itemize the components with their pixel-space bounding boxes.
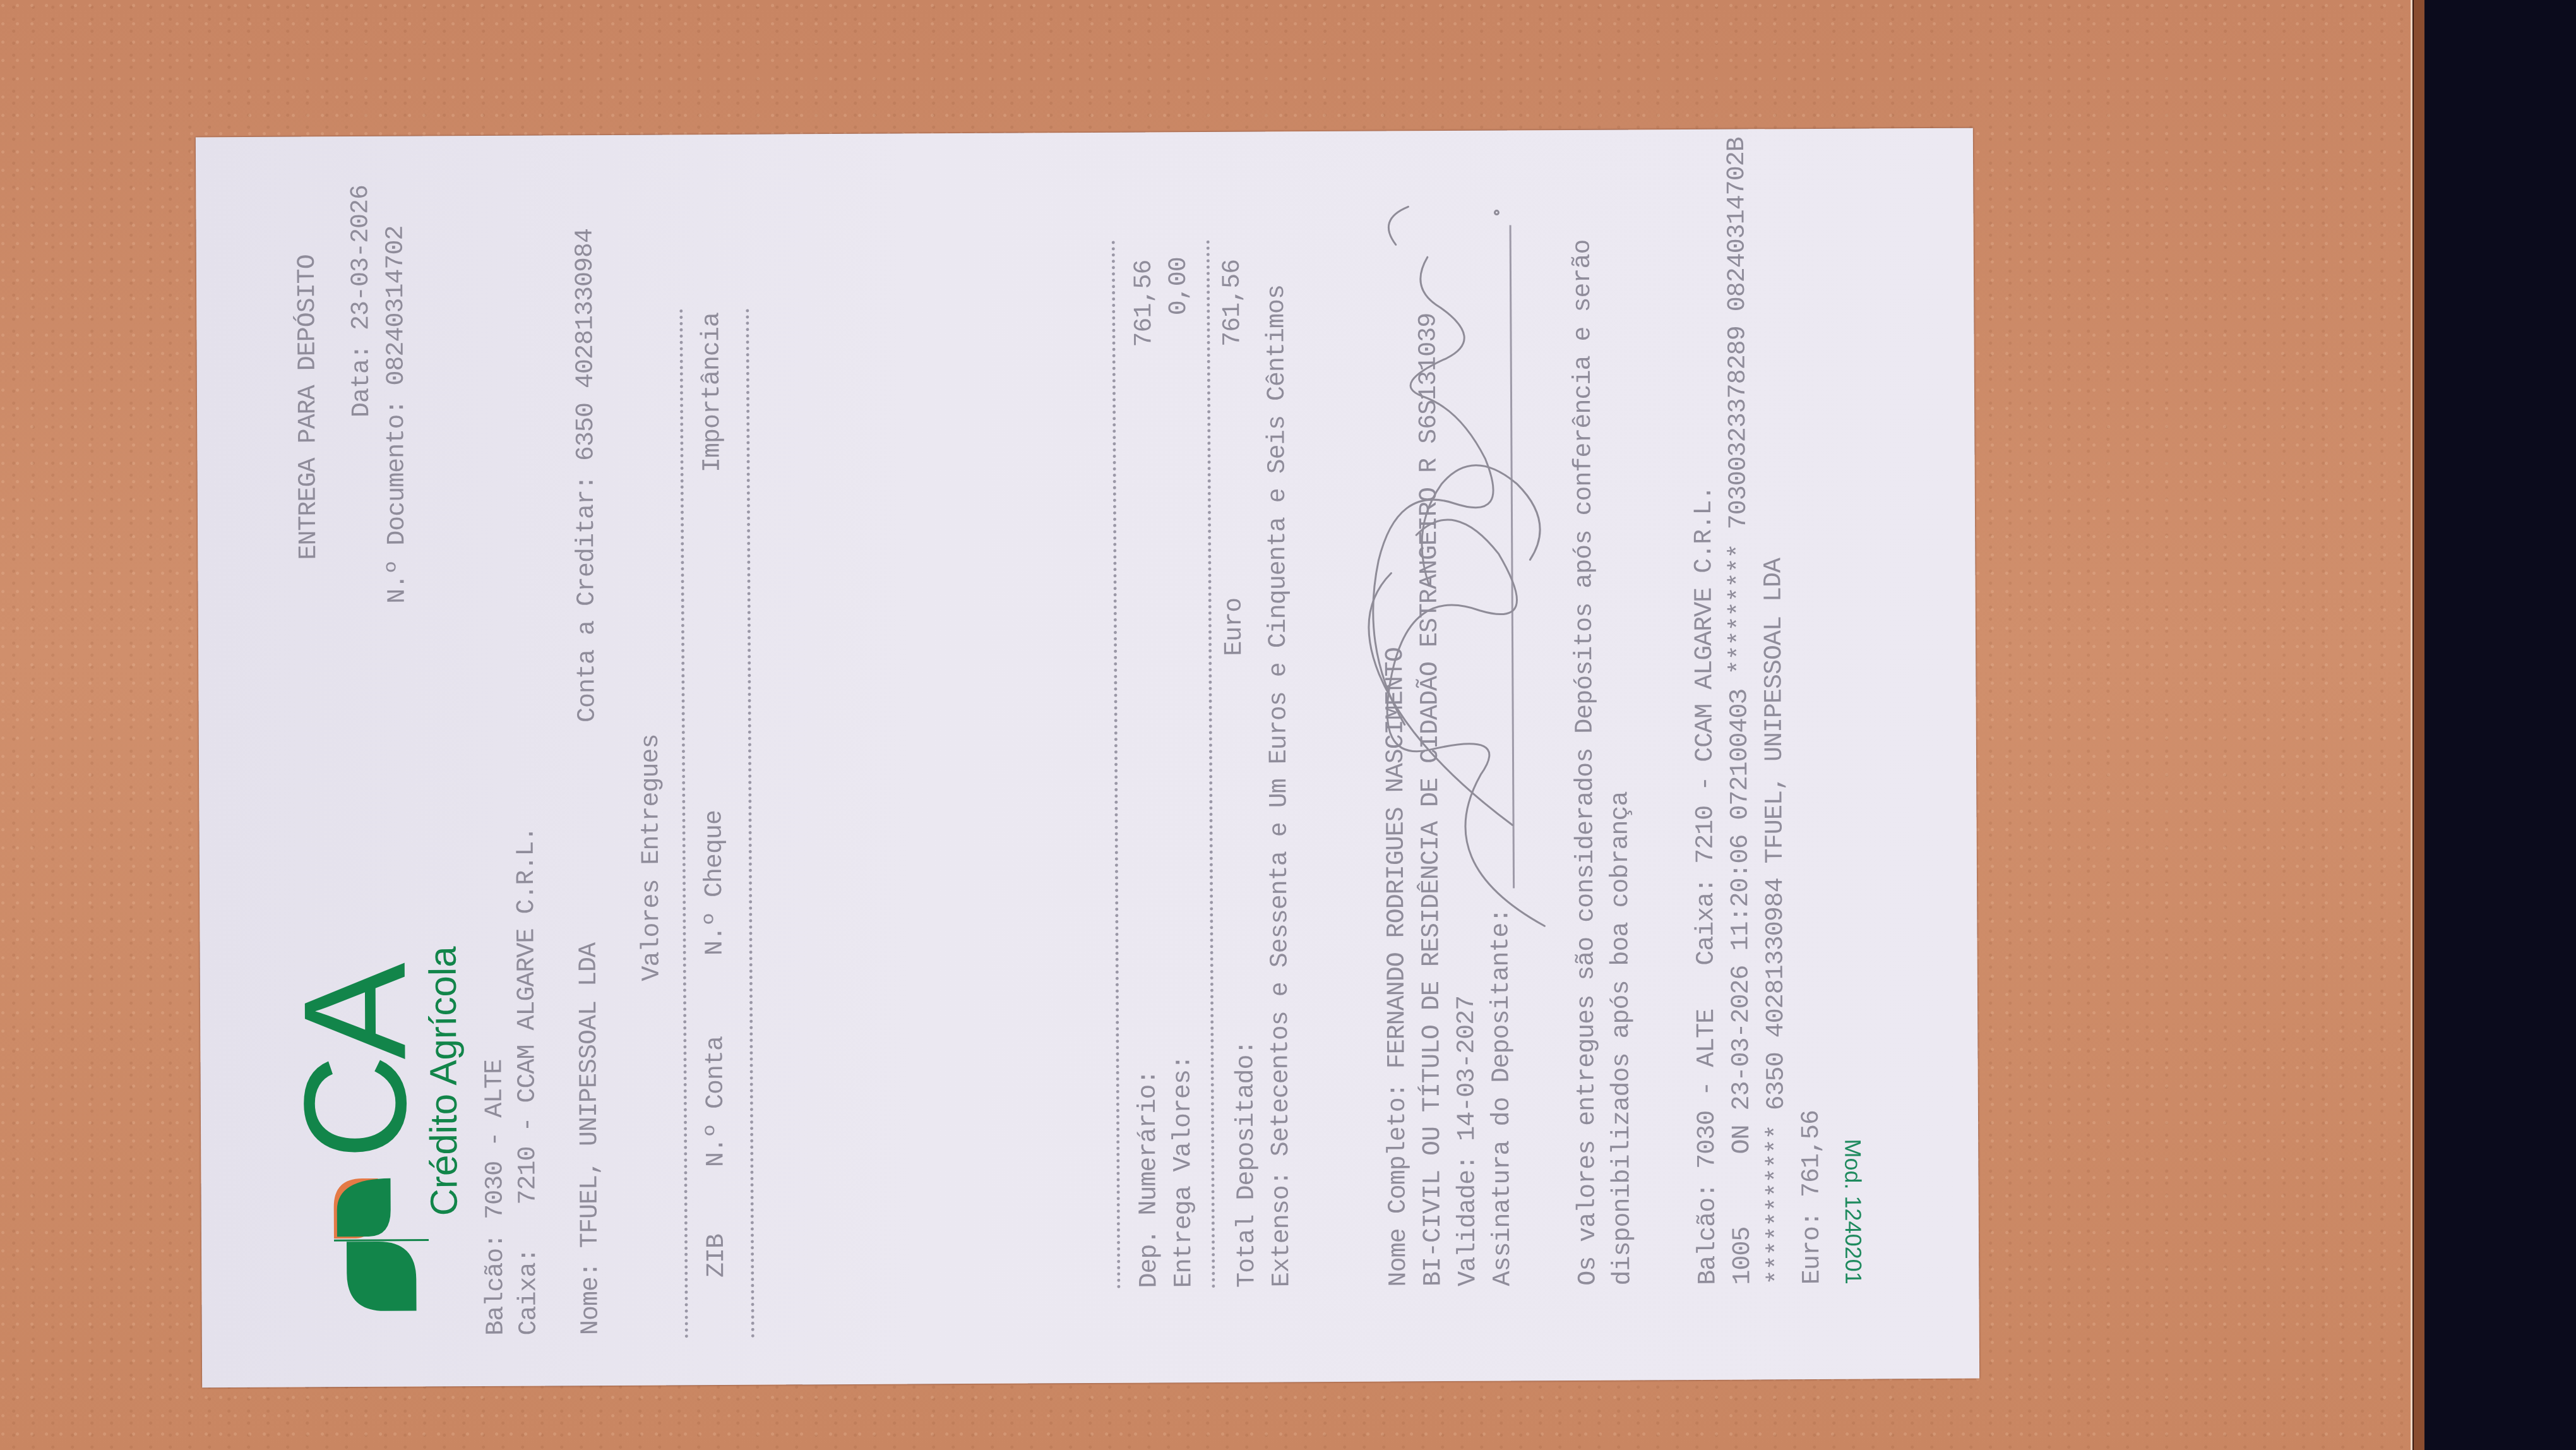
balcao-value: 7030 - ALTE (480, 1060, 510, 1219)
table-bottom-divider (746, 308, 754, 1338)
column-importancia: Importância (695, 313, 730, 472)
footer-line-3: *********** 6350 40281330984 TFUEL, UNIP… (1757, 558, 1795, 1285)
notice-line-1: Os valores entregues são considerados De… (1566, 239, 1606, 1286)
notice-line-2: disponibilizados após boa cobrança (1604, 791, 1640, 1285)
nome-row: Nome: TFUEL, UNIPESSOAL LDA (573, 943, 609, 1335)
column-conta: N.º Conta (699, 1036, 734, 1167)
total-depositado-value: 761,56 (1216, 260, 1251, 347)
document-number-value: 08240314702 (382, 225, 411, 385)
credito-agricola-logo: CA Crédito Agrícola (294, 875, 436, 1317)
assinatura-label: Assinatura do Depositante: (1484, 908, 1520, 1286)
conta-creditar-value: 6350 40281330984 (571, 229, 601, 461)
date-row: Data: 23-03-2026 (344, 185, 379, 417)
extenso-value: Setecentos e Sessenta e Um Euros e Cinqu… (1263, 285, 1296, 1156)
footer-line-2: 1005 ON 23-03-2026 11:20:06 07210040З **… (1720, 137, 1761, 1285)
caixa-label: Caixa: (515, 1248, 544, 1335)
totals-bottom-divider (1207, 239, 1215, 1288)
balcao-label: Balcão: (482, 1234, 511, 1336)
extenso-row: Extenso: Setecentos e Sessenta e Um Euro… (1260, 285, 1299, 1288)
column-cheque: N.º Cheque (698, 810, 732, 956)
logo-text: CA (282, 968, 429, 1160)
caixa-row: Caixa: 7210 - CCAM ALGARVE C.R.L. (510, 827, 547, 1335)
footer-line-4: Euro: 761,56 (1795, 1110, 1830, 1285)
conta-creditar-row: Conta a Creditar: 6350 40281330984 (569, 229, 605, 722)
table-top-divider (679, 308, 688, 1338)
document-number-label: N.º Documento: (383, 400, 412, 604)
total-depositado-label: Total Depositado: (1229, 1040, 1265, 1287)
validade-row: Validade: 14-03-2027 (1450, 996, 1486, 1286)
nome-value: TFUEL, UNIPESSOAL LDA (575, 943, 605, 1248)
caixa-value: 7210 - CCAM ALGARVE C.R.L. (513, 827, 543, 1204)
handwritten-signature (1351, 181, 1563, 940)
conta-creditar-label: Conta a Creditar: (573, 476, 602, 722)
dep-numerario-value: 761,56 (1128, 260, 1162, 347)
valores-table-header: ZIB N.º Conta N.º Cheque Importância (196, 137, 202, 1387)
date-value: 23-03-2026 (347, 185, 376, 330)
column-zib: ZIB (700, 1234, 734, 1278)
brand-name: Crédito Agrícola (421, 946, 466, 1216)
balcao-row: Balcão: 7030 - ALTE (478, 1060, 513, 1336)
receipt-content: CA Crédito Agrícola ENTREGA PARA DEPÓSIT… (196, 128, 1979, 1388)
background-dark-area (2424, 0, 2576, 1450)
extenso-label: Extenso: (1267, 1171, 1296, 1287)
currency-label: Euro (1218, 598, 1252, 656)
nome-completo-label: Nome Completo: (1384, 1083, 1414, 1286)
validade-label: Validade: (1453, 1156, 1482, 1286)
entrega-valores-value: 0,00 (1162, 257, 1196, 315)
document-title: ENTREGA PARA DEPÓSITO (291, 255, 327, 560)
validade-value: 14-03-2027 (1453, 996, 1482, 1141)
footer-line-1: Balcão: 7030 - ALTE Caixa: 7210 - CCAM A… (1688, 486, 1726, 1285)
nome-label: Nome: (576, 1262, 605, 1335)
valores-entregues-title: Valores Entregues (635, 734, 670, 981)
totals-top-divider (1112, 240, 1121, 1288)
deposit-receipt: CA Crédito Agrícola ENTREGA PARA DEPÓSIT… (196, 128, 1979, 1388)
form-code: Mod. 1240201 (1839, 1139, 1866, 1284)
desk-edge (2411, 0, 2424, 1450)
date-label: Data: (348, 345, 377, 417)
leaf-logo-icon (308, 1165, 435, 1317)
entrega-valores-label: Entrega Valores: (1166, 1055, 1202, 1288)
dep-numerario-label: Dep. Numerário: (1132, 1070, 1167, 1288)
document-number-row: N.º Documento: 08240314702 (379, 225, 415, 603)
